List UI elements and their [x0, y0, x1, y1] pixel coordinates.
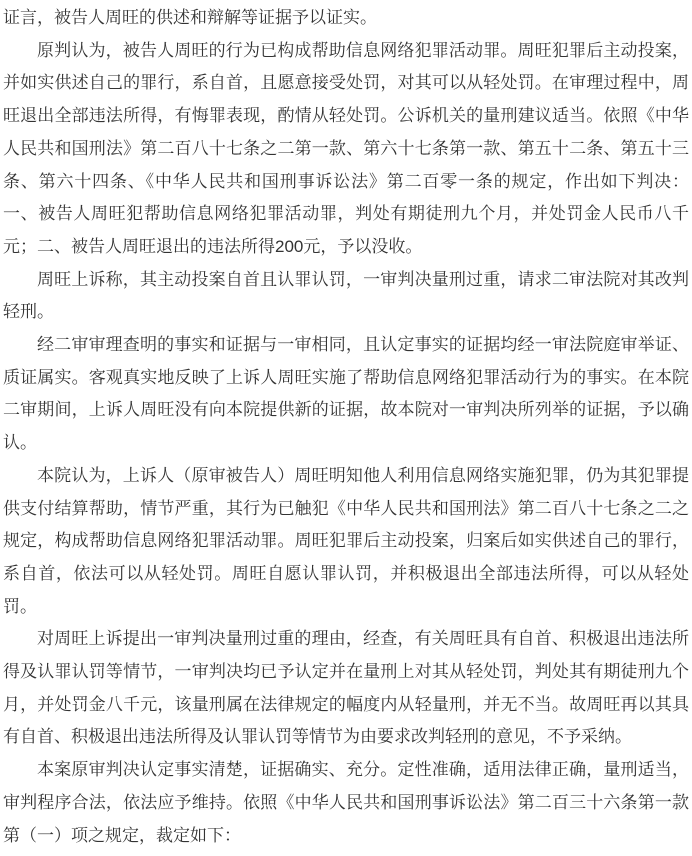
paragraph-ruling-basis: 本案原审判决认定事实清楚，证据确实、充分。定性准确，适用法律正确，量刑适当，审判…	[3, 754, 689, 852]
paragraph-court-opinion: 本院认为，上诉人（原审被告人）周旺明知他人利用信息网络实施犯罪，仍为其犯罪提供支…	[3, 460, 689, 624]
document-viewer: { "page": { "background_color": "#ffffff…	[0, 0, 692, 856]
paragraph-appeal-claim: 周旺上诉称，其主动投案自首且认罪认罚，一审判决量刑过重，请求二审法院对其改判轻刑…	[3, 264, 689, 329]
document-page: 证言，被告人周旺的供述和辩解等证据予以证实。 原判认为，被告人周旺的行为已构成帮…	[0, 0, 692, 856]
paragraph-original-judgment: 原判认为，被告人周旺的行为已构成帮助信息网络犯罪活动罪。周旺犯罪后主动投案，并如…	[3, 35, 689, 264]
paragraph-evidence-confirmation: 证言，被告人周旺的供述和辩解等证据予以证实。	[3, 2, 689, 35]
paragraph-appeal-reason-review: 对周旺上诉提出一审判决量刑过重的理由，经查，有关周旺具有自首、积极退出违法所得及…	[3, 623, 689, 754]
paragraph-second-instance-findings: 经二审审理查明的事实和证据与一审相同，且认定事实的证据均经一审法院庭审举证、质证…	[3, 329, 689, 460]
